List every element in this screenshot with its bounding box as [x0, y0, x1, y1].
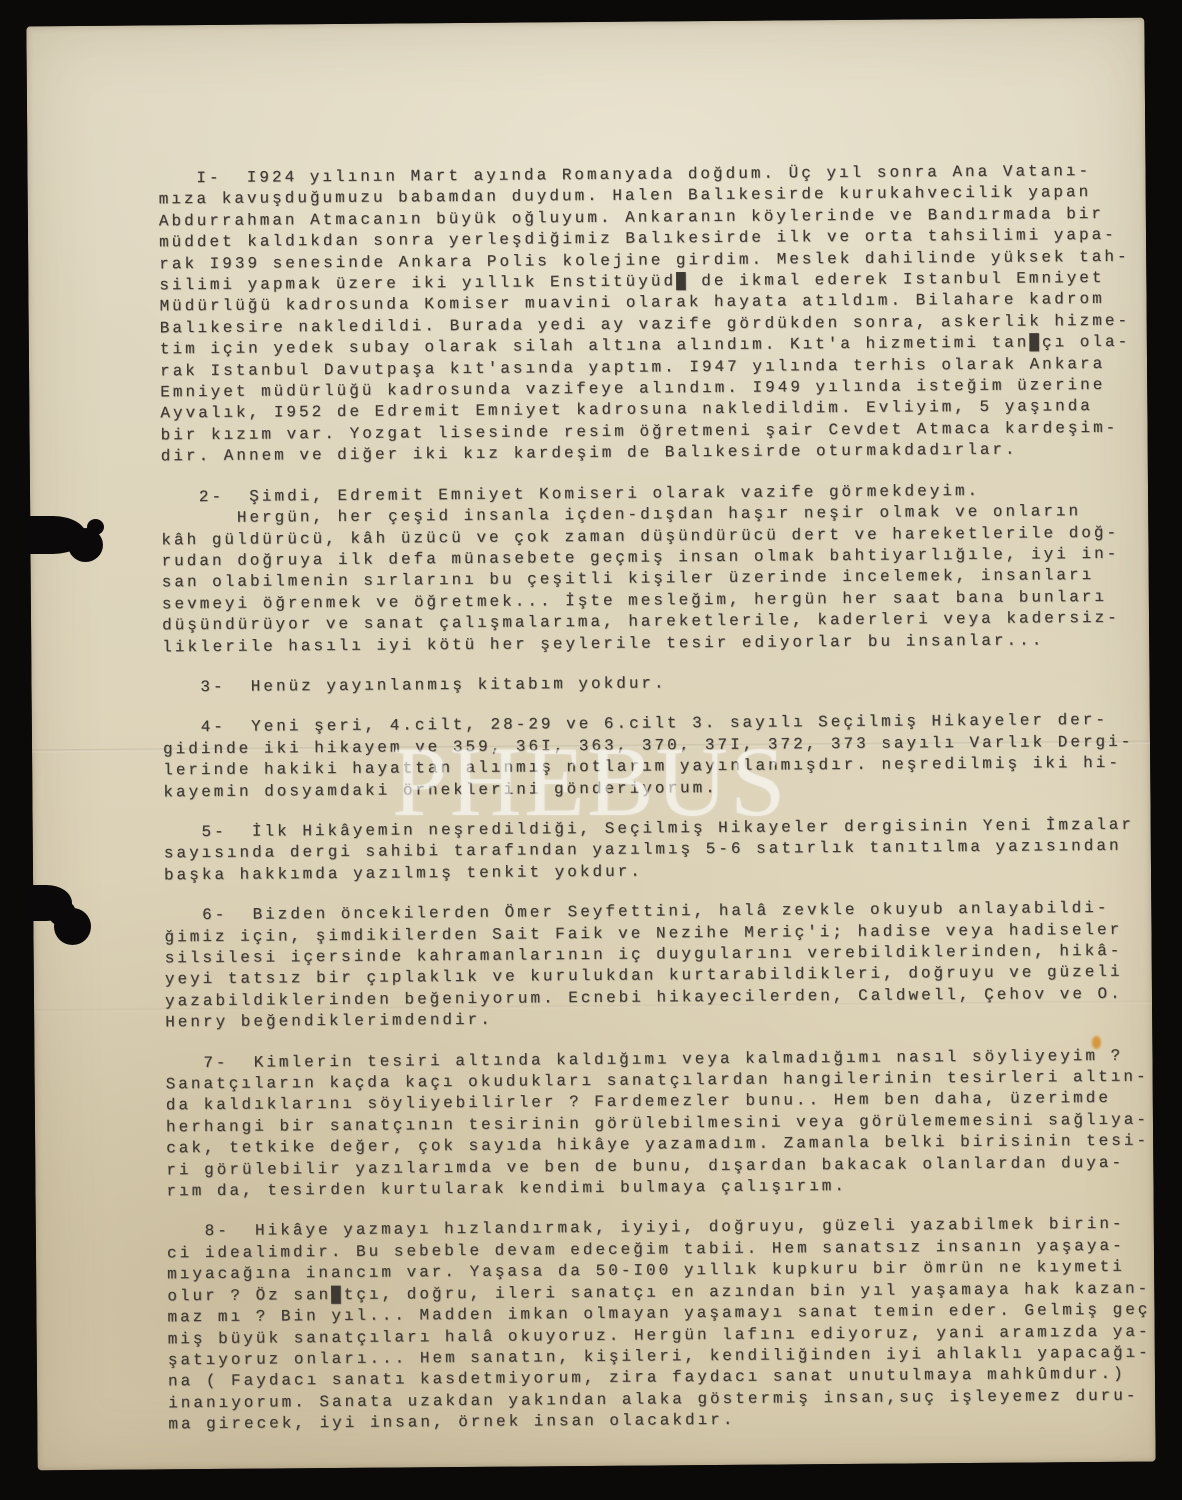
paragraph-4: 4- Yeni şeri, 4.cilt, 28-29 ve 6.cilt 3.… — [163, 710, 1147, 803]
punch-hole-bottom — [54, 908, 91, 945]
paper-sheet: I- I924 yılının Mart ayında Romanyada do… — [26, 18, 1155, 1471]
paragraph-5: 5- İlk Hikâyemin neşredildiği, Seçilmiş … — [164, 815, 1147, 887]
paragraph-7: 7- Kimlerin tesiri altında kaldığımı vey… — [165, 1045, 1149, 1203]
paragraph-1: I- I924 yılının Mart ayında Romanyada do… — [158, 161, 1143, 468]
ink-stain — [1092, 1036, 1101, 1049]
punch-hole-top — [87, 519, 104, 535]
paragraph-6: 6- Bizden öncekilerden Ömer Seyfettini, … — [164, 898, 1148, 1034]
document-photo: I- I924 yılının Mart ayında Romanyada do… — [0, 0, 1182, 1500]
paragraph-8: 8- Hikâye yazmayı hızlandırmak, iyiyi, d… — [167, 1214, 1152, 1436]
document-text: I- I924 yılının Mart ayında Romanyada do… — [158, 161, 1151, 1455]
paragraph-2: 2- Şimdi, Edremit Emniyet Komiseri olara… — [161, 479, 1145, 658]
paragraph-3: 3- Henüz yayınlanmış kitabım yokdur. — [162, 670, 1145, 699]
